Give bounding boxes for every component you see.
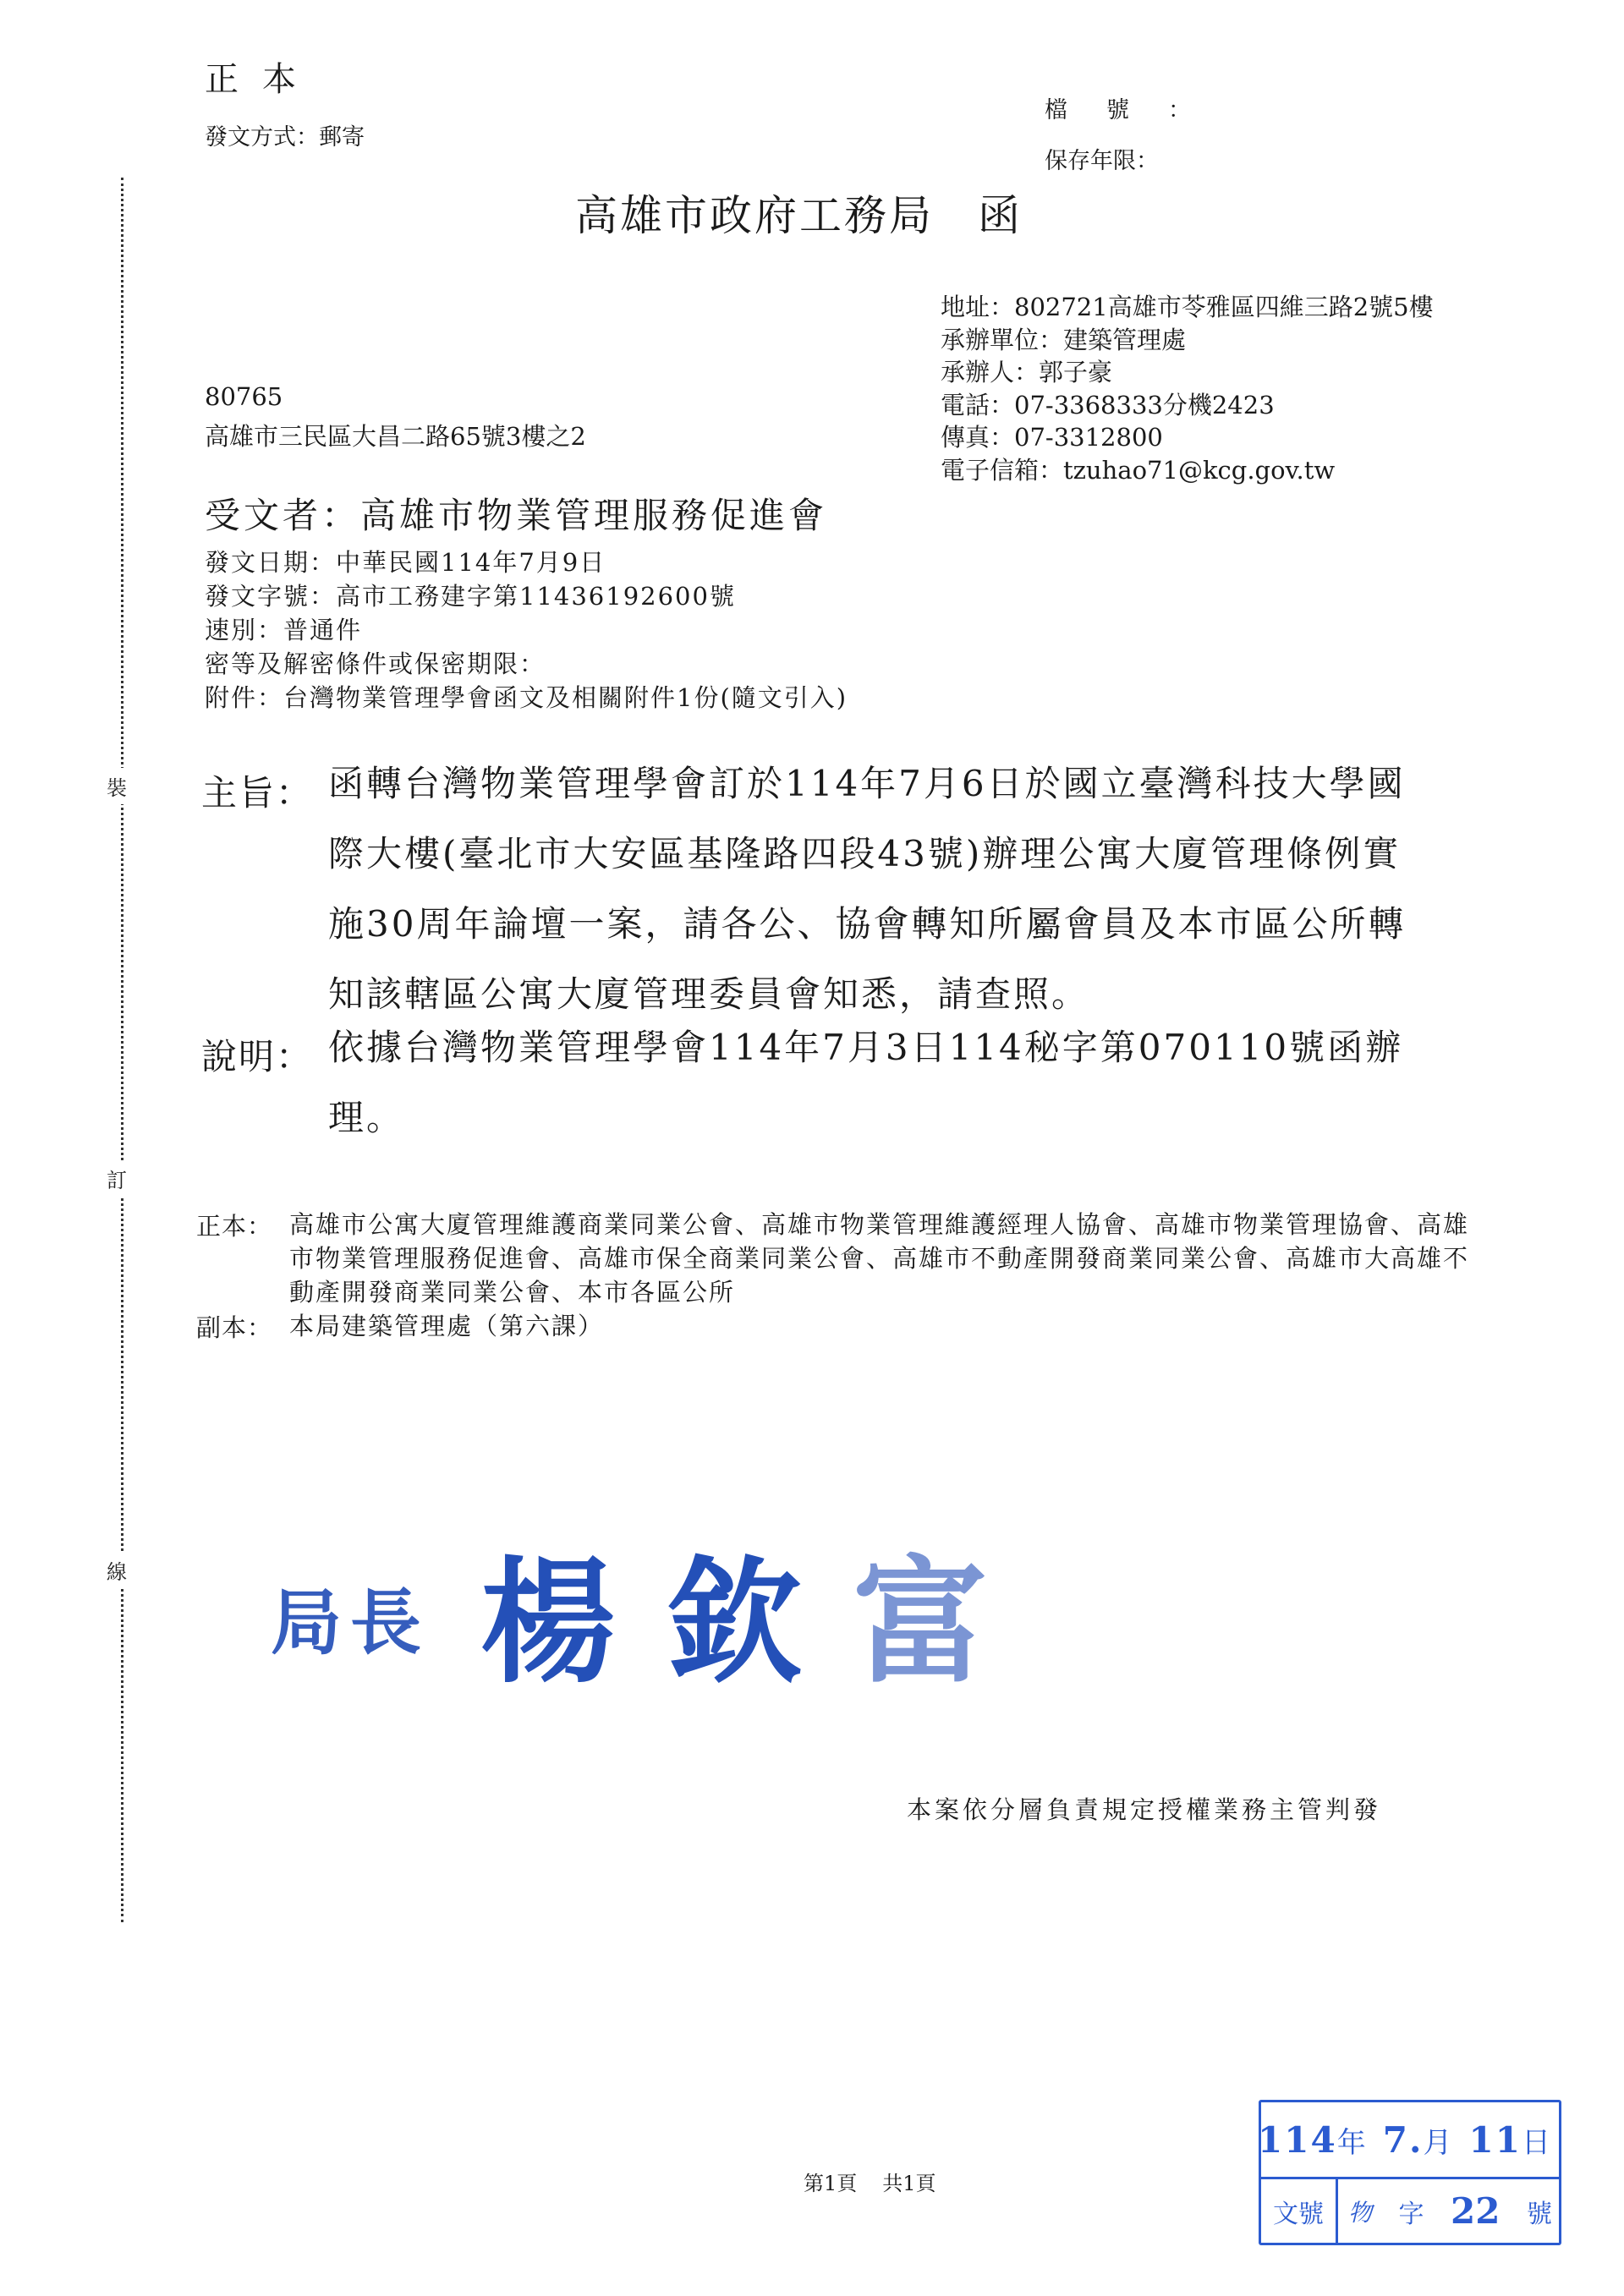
- year-unit: 年: [1337, 2119, 1368, 2161]
- subject-text: 函轉台灣物業管理學會訂於114年7月6日於國立臺灣科技大學國際大樓(臺北市大安區…: [328, 748, 1419, 1029]
- explanation-label: 說明：: [201, 1029, 328, 1153]
- copy-recipients: 副本： 本局建築管理處（第六課）: [196, 1309, 1482, 1344]
- original-recipients-label: 正本：: [196, 1208, 289, 1309]
- recipient-postcode: 80765: [205, 382, 283, 411]
- receipt-month: 7.: [1383, 2119, 1424, 2161]
- binding-line: [121, 178, 123, 1922]
- document-body: 主旨： 函轉台灣物業管理學會訂於114年7月6日於國立臺灣科技大學國際大樓(臺北…: [201, 765, 1504, 1153]
- send-method: 發文方式：郵寄: [205, 118, 365, 151]
- binding-mark-ding: 訂: [107, 1160, 127, 1197]
- director-signature-seal: 局長楊欽富: [271, 1514, 1039, 1708]
- document-meta: 發文日期：中華民國114年7月9日 發文字號：高市工務建字第1143619260…: [205, 545, 848, 715]
- signature-name: 楊欽富: [480, 1543, 1039, 1701]
- original-recipients: 正本： 高雄市公寓大廈管理維護商業同業公會、高雄市物業管理維護經理人協會、高雄市…: [196, 1208, 1482, 1309]
- sender-phone: 電話：07-3368333分機2423: [941, 389, 1434, 422]
- sender-info-block: 地址：802721高雄市苓雅區四維三路2號5樓 承辦單位：建築管理處 承辦人：郭…: [941, 291, 1434, 486]
- signature-title: 局長: [271, 1581, 430, 1664]
- receipt-number-label: 文號: [1261, 2179, 1338, 2243]
- copy-type-label: 正本: [205, 52, 320, 101]
- document-number: 發文字號：高市工務建字第11436192600號: [205, 579, 848, 613]
- explanation-text: 依據台灣物業管理學會114年7月3日114秘字第070110號函辦理。: [328, 1012, 1419, 1153]
- signature-char: 楊: [480, 1543, 667, 1701]
- copy-recipients-text: 本局建築管理處（第六課）: [289, 1309, 1478, 1344]
- binding-mark-xian: 線: [107, 1552, 127, 1588]
- delivery-speed: 速別：普通件: [205, 613, 848, 647]
- file-number-field: 檔號：: [1045, 91, 1191, 124]
- sender-fax: 傳真：07-3312800: [941, 421, 1434, 454]
- binding-mark-zhuang: 裝: [107, 768, 127, 804]
- document-kind: 函: [978, 191, 1023, 240]
- receipt-number: 22: [1451, 2190, 1500, 2232]
- receipt-day: 11: [1469, 2119, 1522, 2161]
- handling-unit: 承辦單位：建築管理處: [941, 324, 1434, 357]
- handwritten-prefix: 物: [1348, 2195, 1372, 2228]
- recipient-postal-address: 高雄市三民區大昌二路65號3樓之2: [205, 418, 586, 452]
- receipt-number-row: 文號 物 字 22 號: [1261, 2179, 1559, 2243]
- receipt-year: 114: [1258, 2119, 1337, 2161]
- month-unit: 月: [1424, 2119, 1454, 2161]
- sender-address: 地址：802721高雄市苓雅區四維三路2號5樓: [941, 291, 1434, 324]
- page-number: 第1頁共1頁: [804, 2167, 936, 2196]
- receipt-date: 114年 7.月 11日: [1261, 2102, 1559, 2179]
- original-recipients-text: 高雄市公寓大廈管理維護商業同業公會、高雄市物業管理維護經理人協會、高雄市物業管理…: [289, 1208, 1478, 1309]
- day-unit: 日: [1522, 2119, 1552, 2161]
- number-unit: 號: [1527, 2193, 1552, 2230]
- retention-period-field: 保存年限：: [1045, 142, 1159, 175]
- recipient: 受文者：高雄市物業管理服務促進會: [205, 488, 827, 539]
- subject-label: 主旨：: [201, 765, 328, 1029]
- delegation-note: 本案依分層負責規定授權業務主管判發: [907, 1791, 1381, 1826]
- sender-email: 電子信箱：tzuhao71@kcg.gov.tw: [941, 454, 1434, 487]
- char-unit: 字: [1399, 2193, 1424, 2230]
- file-number-label: 檔號: [1045, 97, 1168, 123]
- copy-recipients-label: 副本：: [196, 1309, 289, 1344]
- handling-officer: 承辦人：郭子豪: [941, 356, 1434, 389]
- issue-date: 發文日期：中華民國114年7月9日: [205, 545, 848, 579]
- file-number-colon: ：: [1168, 97, 1191, 123]
- total-pages: 共1頁: [882, 2172, 935, 2195]
- receipt-number-value: 物 字 22 號: [1338, 2190, 1559, 2232]
- signature-char: 富: [853, 1543, 1039, 1701]
- current-page: 第1頁: [804, 2172, 857, 2195]
- signature-char: 欽: [667, 1543, 853, 1701]
- document-title: 高雄市政府工務局函: [575, 182, 1023, 243]
- secrecy-level: 密等及解密條件或保密期限：: [205, 647, 848, 681]
- distribution-list: 正本： 高雄市公寓大廈管理維護商業同業公會、高雄市物業管理維護經理人協會、高雄市…: [196, 1208, 1482, 1344]
- subject-paragraph: 主旨： 函轉台灣物業管理學會訂於114年7月6日於國立臺灣科技大學國際大樓(臺北…: [201, 765, 1504, 1029]
- attachment: 附件：台灣物業管理學會函文及相關附件1份(隨文引入): [205, 681, 848, 715]
- agency-name: 高雄市政府工務局: [575, 191, 934, 240]
- explanation-paragraph: 說明： 依據台灣物業管理學會114年7月3日114秘字第070110號函辦理。: [201, 1029, 1504, 1153]
- receipt-stamp: 114年 7.月 11日 文號 物 字 22 號: [1259, 2100, 1561, 2245]
